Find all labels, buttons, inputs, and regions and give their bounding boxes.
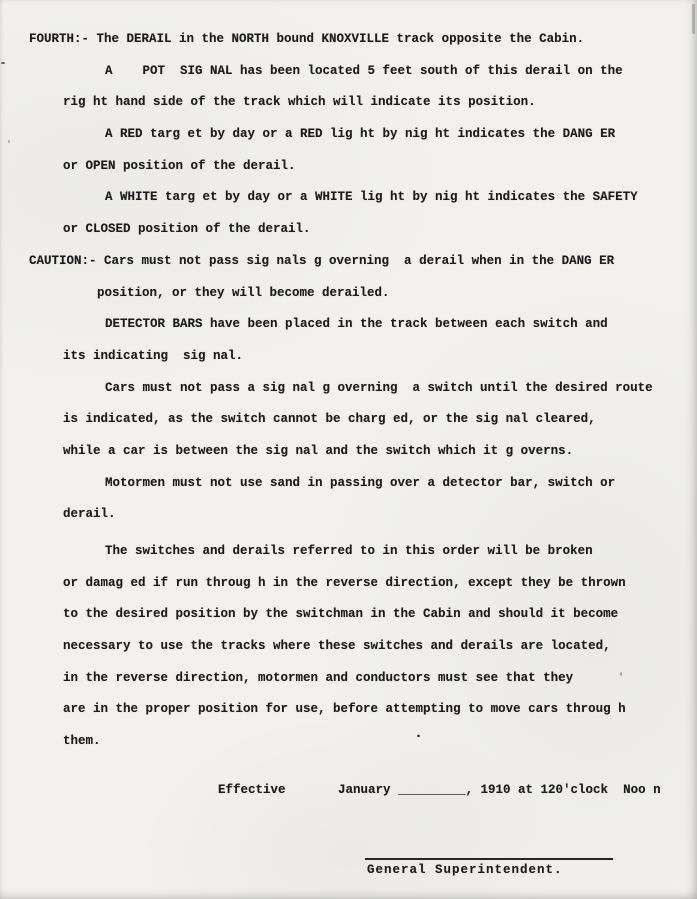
- text-line: Motormen must not use sand in passing ov…: [0, 468, 697, 500]
- signature-title: General Superintendent.: [365, 860, 613, 877]
- text-line: derail.: [0, 499, 697, 531]
- text-line: its indicating sig nal.: [0, 341, 697, 373]
- scanned-document-page: FOURTH:- The DERAIL in the NORTH bound K…: [0, 0, 697, 899]
- text-line: or OPEN position of the derail.: [0, 151, 697, 183]
- text-line: or damag ed if run throug h in the rever…: [0, 568, 697, 600]
- text-line: are in the proper position for use, befo…: [0, 694, 697, 726]
- document-body: FOURTH:- The DERAIL in the NORTH bound K…: [0, 24, 697, 758]
- text-line: The switches and derails referred to in …: [0, 536, 697, 568]
- text-line: CAUTION:- Cars must not pass sig nals g …: [0, 246, 697, 278]
- text-line: DETECTOR BARS have been placed in the tr…: [0, 309, 697, 341]
- text-line: while a car is between the sig nal and t…: [0, 436, 697, 468]
- text-line: Cars must not pass a sig nal g overning …: [0, 373, 697, 405]
- text-line: them.: [0, 726, 697, 758]
- text-line: rig ht hand side of the track which will…: [0, 87, 697, 119]
- text-line: is indicated, as the switch cannot be ch…: [0, 404, 697, 436]
- ink-speck: [8, 140, 10, 143]
- text-line: necessary to use the tracks where these …: [0, 631, 697, 663]
- signature-block: General Superintendent.: [365, 858, 613, 877]
- text-line: A POT SIG NAL has been located 5 feet so…: [0, 56, 697, 88]
- text-line: to the desired position by the switchman…: [0, 599, 697, 631]
- ink-speck: [620, 672, 622, 676]
- text-line: FOURTH:- The DERAIL in the NORTH bound K…: [0, 24, 697, 56]
- text-line: A RED targ et by day or a RED lig ht by …: [0, 119, 697, 151]
- text-line: in the reverse direction, motormen and c…: [0, 663, 697, 695]
- scan-edge-mark: [692, 4, 695, 34]
- text-line: or CLOSED position of the derail.: [0, 214, 697, 246]
- stray-ink-dot: .: [414, 726, 423, 741]
- text-line: position, or they will become derailed.: [0, 278, 697, 310]
- effective-date-line: Effective January _________, 1910 at 120…: [218, 783, 661, 797]
- ink-speck: [1, 62, 5, 64]
- text-line: A WHITE targ et by day or a WHITE lig ht…: [0, 182, 697, 214]
